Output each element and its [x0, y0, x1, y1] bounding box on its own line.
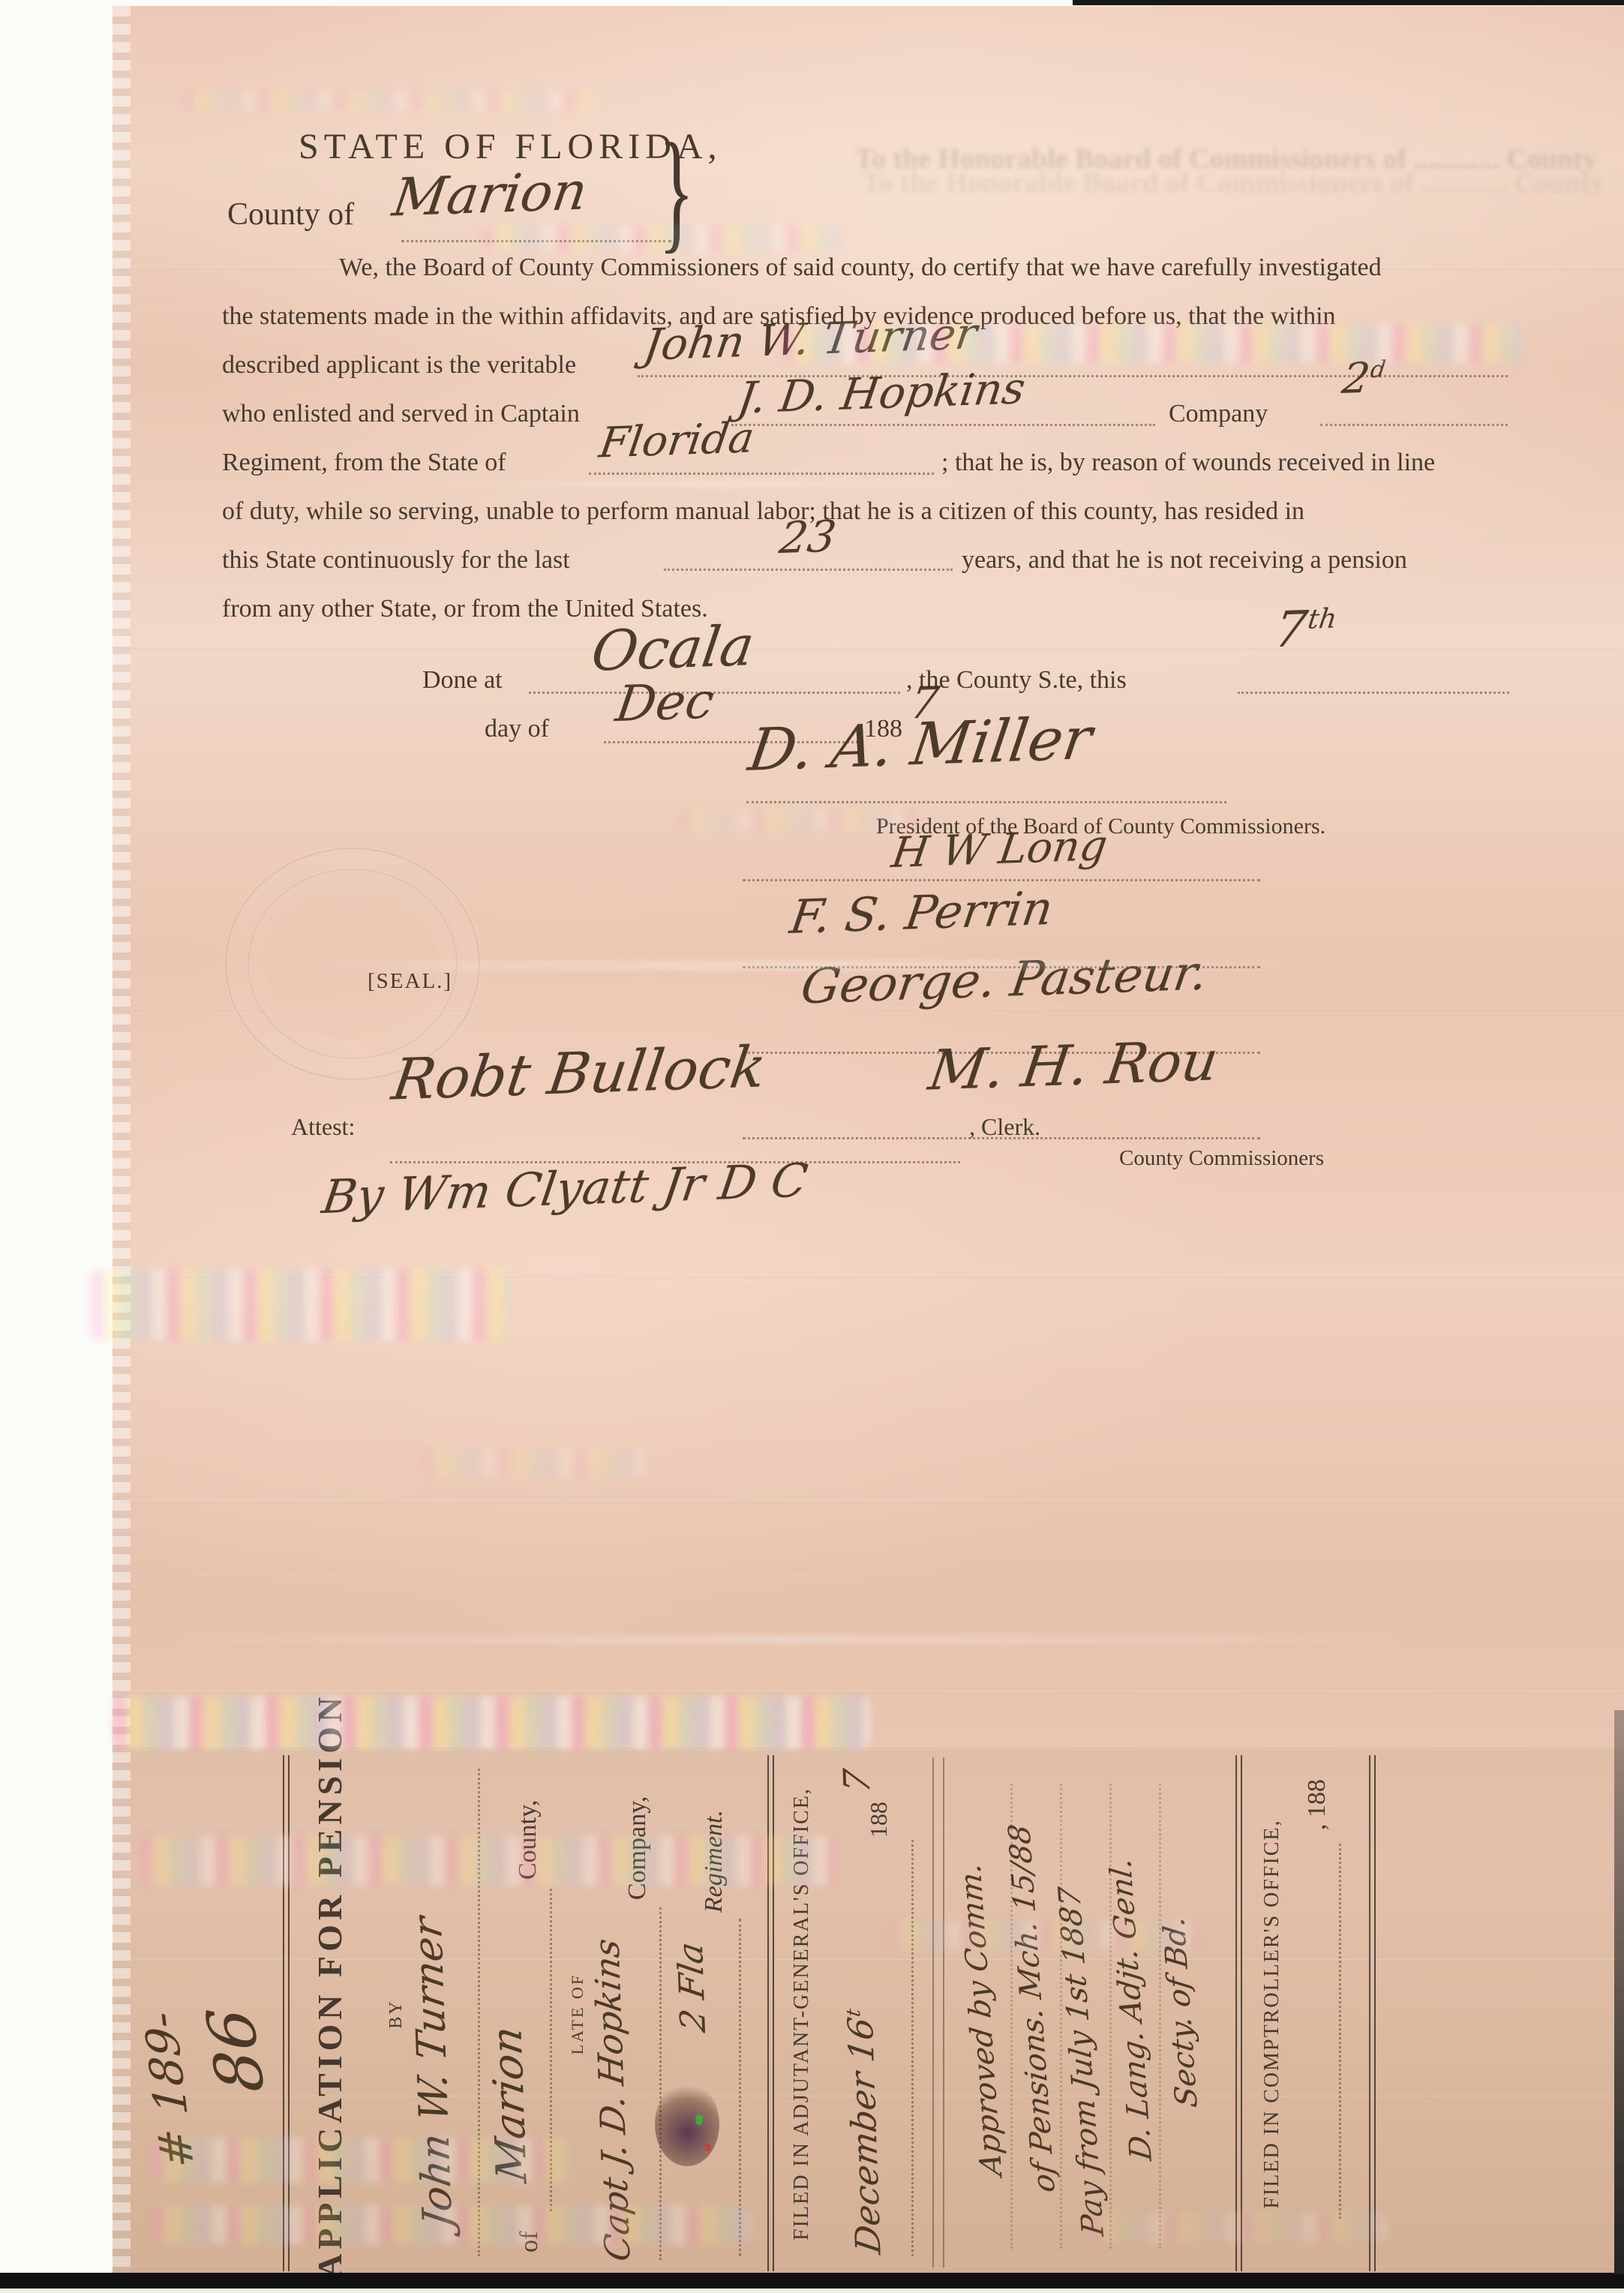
case-number2-handwritten: 86	[193, 2008, 280, 2093]
commissioner-signature: F. S. Perrin	[787, 881, 1056, 944]
filed-ag-year-printed: 188	[865, 1802, 893, 1838]
scanned-pension-document: To the Honorable Board of Commissioners …	[0, 0, 1624, 2293]
day-of-label: day of	[485, 715, 549, 743]
jacket-county-label: County,	[514, 1800, 542, 1880]
jacket-of-label: of	[515, 2231, 544, 2252]
dotted-line	[746, 801, 1226, 803]
dotted-line	[1320, 424, 1508, 426]
filed-ag-date-handwritten: December 16t	[839, 2007, 888, 2256]
commissioner-signature: M. H. Rou	[925, 1028, 1223, 1103]
state-handwritten: Florida	[596, 413, 758, 467]
day-sup: th	[1306, 602, 1339, 635]
scan-top-bar	[1073, 0, 1624, 5]
month-handwritten: Dec	[612, 672, 718, 733]
dotted-line	[739, 1919, 741, 2256]
jacket-title: APPLICATION FOR PENSION	[310, 1749, 350, 2279]
dotted-line	[478, 1769, 480, 2256]
filed-comptroller-year: , 188	[1303, 1779, 1331, 1830]
captain-line-label: who enlisted and served in Captain	[222, 400, 580, 428]
crease-line	[120, 1275, 1624, 1277]
clerk-label: , Clerk.	[969, 1113, 1040, 1141]
dotted-line	[664, 569, 953, 571]
double-rule	[1369, 1755, 1376, 2271]
dotted-line	[911, 1840, 914, 2256]
day-handwritten: 7th	[1271, 599, 1339, 659]
dotted-line	[659, 1907, 662, 2260]
jacket-regiment-label: Regiment.	[700, 1810, 728, 1913]
rule-line	[932, 1757, 934, 2267]
rule-line	[943, 1757, 944, 2267]
double-rule	[767, 1755, 774, 2271]
seal-label: [SEAL.]	[368, 969, 452, 994]
plastic-sleeve-edge	[113, 6, 131, 2276]
ink-blotch	[655, 2082, 719, 2166]
dotted-line	[1238, 692, 1509, 694]
jacket-late-of-label: LATE OF	[568, 1749, 587, 2279]
filed-ag-date: December 16	[840, 2015, 889, 2256]
attest-label: Attest:	[291, 1113, 355, 1141]
bleed-through-text: To the Honorable Board of Commissioners …	[863, 167, 1604, 200]
commissioners-title: County Commissioners	[1119, 1146, 1324, 1171]
body-line-6: of duty, while so serving, unable to per…	[222, 497, 1304, 526]
done-at-label: Done at	[422, 666, 503, 695]
brace-glyph: }	[659, 113, 695, 268]
years-line-label: this State continuously for the last	[222, 546, 570, 575]
jacket-company-label: Company,	[623, 1796, 652, 1900]
filed-adjutant-general-label: FILED IN ADJUTANT-GENERAL'S OFFICE,	[790, 1749, 814, 2279]
jacket-note-line: Secty. of Bd.	[1157, 1915, 1204, 2109]
jacket-panel: # 189- 86 APPLICATION FOR PENSION BY Joh…	[139, 1749, 1384, 2279]
applicant-line-label: described applicant is the veritable	[222, 351, 576, 380]
dotted-line	[1109, 1784, 1112, 2249]
case-number-handwritten: # 189-	[134, 2011, 205, 2169]
jacket-by-label: BY	[386, 1749, 407, 2279]
jacket-company-handwritten: Capt J. D. Hopkins	[587, 1936, 638, 2264]
jacket-county-handwritten: Marion	[482, 2024, 536, 2186]
dotted-line	[731, 424, 1155, 426]
years-handwritten: 23	[776, 511, 839, 564]
scan-artifact-speck	[705, 2144, 711, 2151]
clerk-signature: Robt Bullock	[388, 1033, 770, 1112]
company-handwritten: 2d	[1339, 353, 1388, 404]
embossed-seal-inner	[248, 869, 458, 1059]
commissioner-signature: H W Long	[889, 821, 1111, 878]
dotted-line	[401, 240, 671, 242]
dotted-line	[1339, 1844, 1341, 2219]
double-rule	[283, 1755, 290, 2271]
crease-line	[120, 1500, 1624, 1502]
filed-ag-year-handwritten: 7	[836, 1766, 878, 1796]
scan-right-edge	[1614, 1710, 1624, 2274]
captain-name-handwritten: J. D. Hopkins	[734, 362, 1028, 423]
crease-line	[120, 1400, 1624, 1402]
scan-bottom-bar	[0, 2273, 1624, 2288]
regiment-line-label: Regiment, from the State of	[222, 449, 506, 477]
dotted-line	[550, 1889, 552, 2211]
jacket-note-line: Approved by Comm.	[953, 1861, 1010, 2177]
jacket-rotated-content: # 189- 86 APPLICATION FOR PENSION BY Joh…	[139, 1749, 1384, 2279]
dotted-line	[1159, 1784, 1161, 2249]
body-line-1: We, the Board of County Commissioners of…	[339, 254, 1382, 282]
crease-line	[120, 647, 1624, 649]
scan-bottom-strip	[0, 2288, 1624, 2293]
scan-artifact-speck	[695, 2114, 703, 2125]
company-label: Company	[1169, 400, 1268, 428]
county-of-label: County of	[227, 197, 354, 233]
filed-comptroller-label: FILED IN COMPTROLLER'S OFFICE,	[1260, 1749, 1284, 2279]
dotted-line	[589, 473, 934, 475]
jacket-applicant-handwritten: John W. Turner	[404, 1914, 461, 2231]
years-line-rest: years, and that he is not receiving a pe…	[962, 546, 1407, 575]
dotted-line	[743, 879, 1260, 881]
regiment-line-rest: ; that he is, by reason of wounds receiv…	[941, 449, 1435, 477]
jacket-note-line: D. Lang. Adjt. Genl.	[1103, 1856, 1159, 2162]
double-rule	[1235, 1755, 1242, 2271]
crease-line	[120, 1575, 1624, 1577]
county-handwritten: Marion	[389, 161, 590, 229]
president-signature: D. A. Miller	[744, 705, 1096, 785]
jacket-regiment-handwritten: 2 Fla	[670, 1940, 713, 2034]
